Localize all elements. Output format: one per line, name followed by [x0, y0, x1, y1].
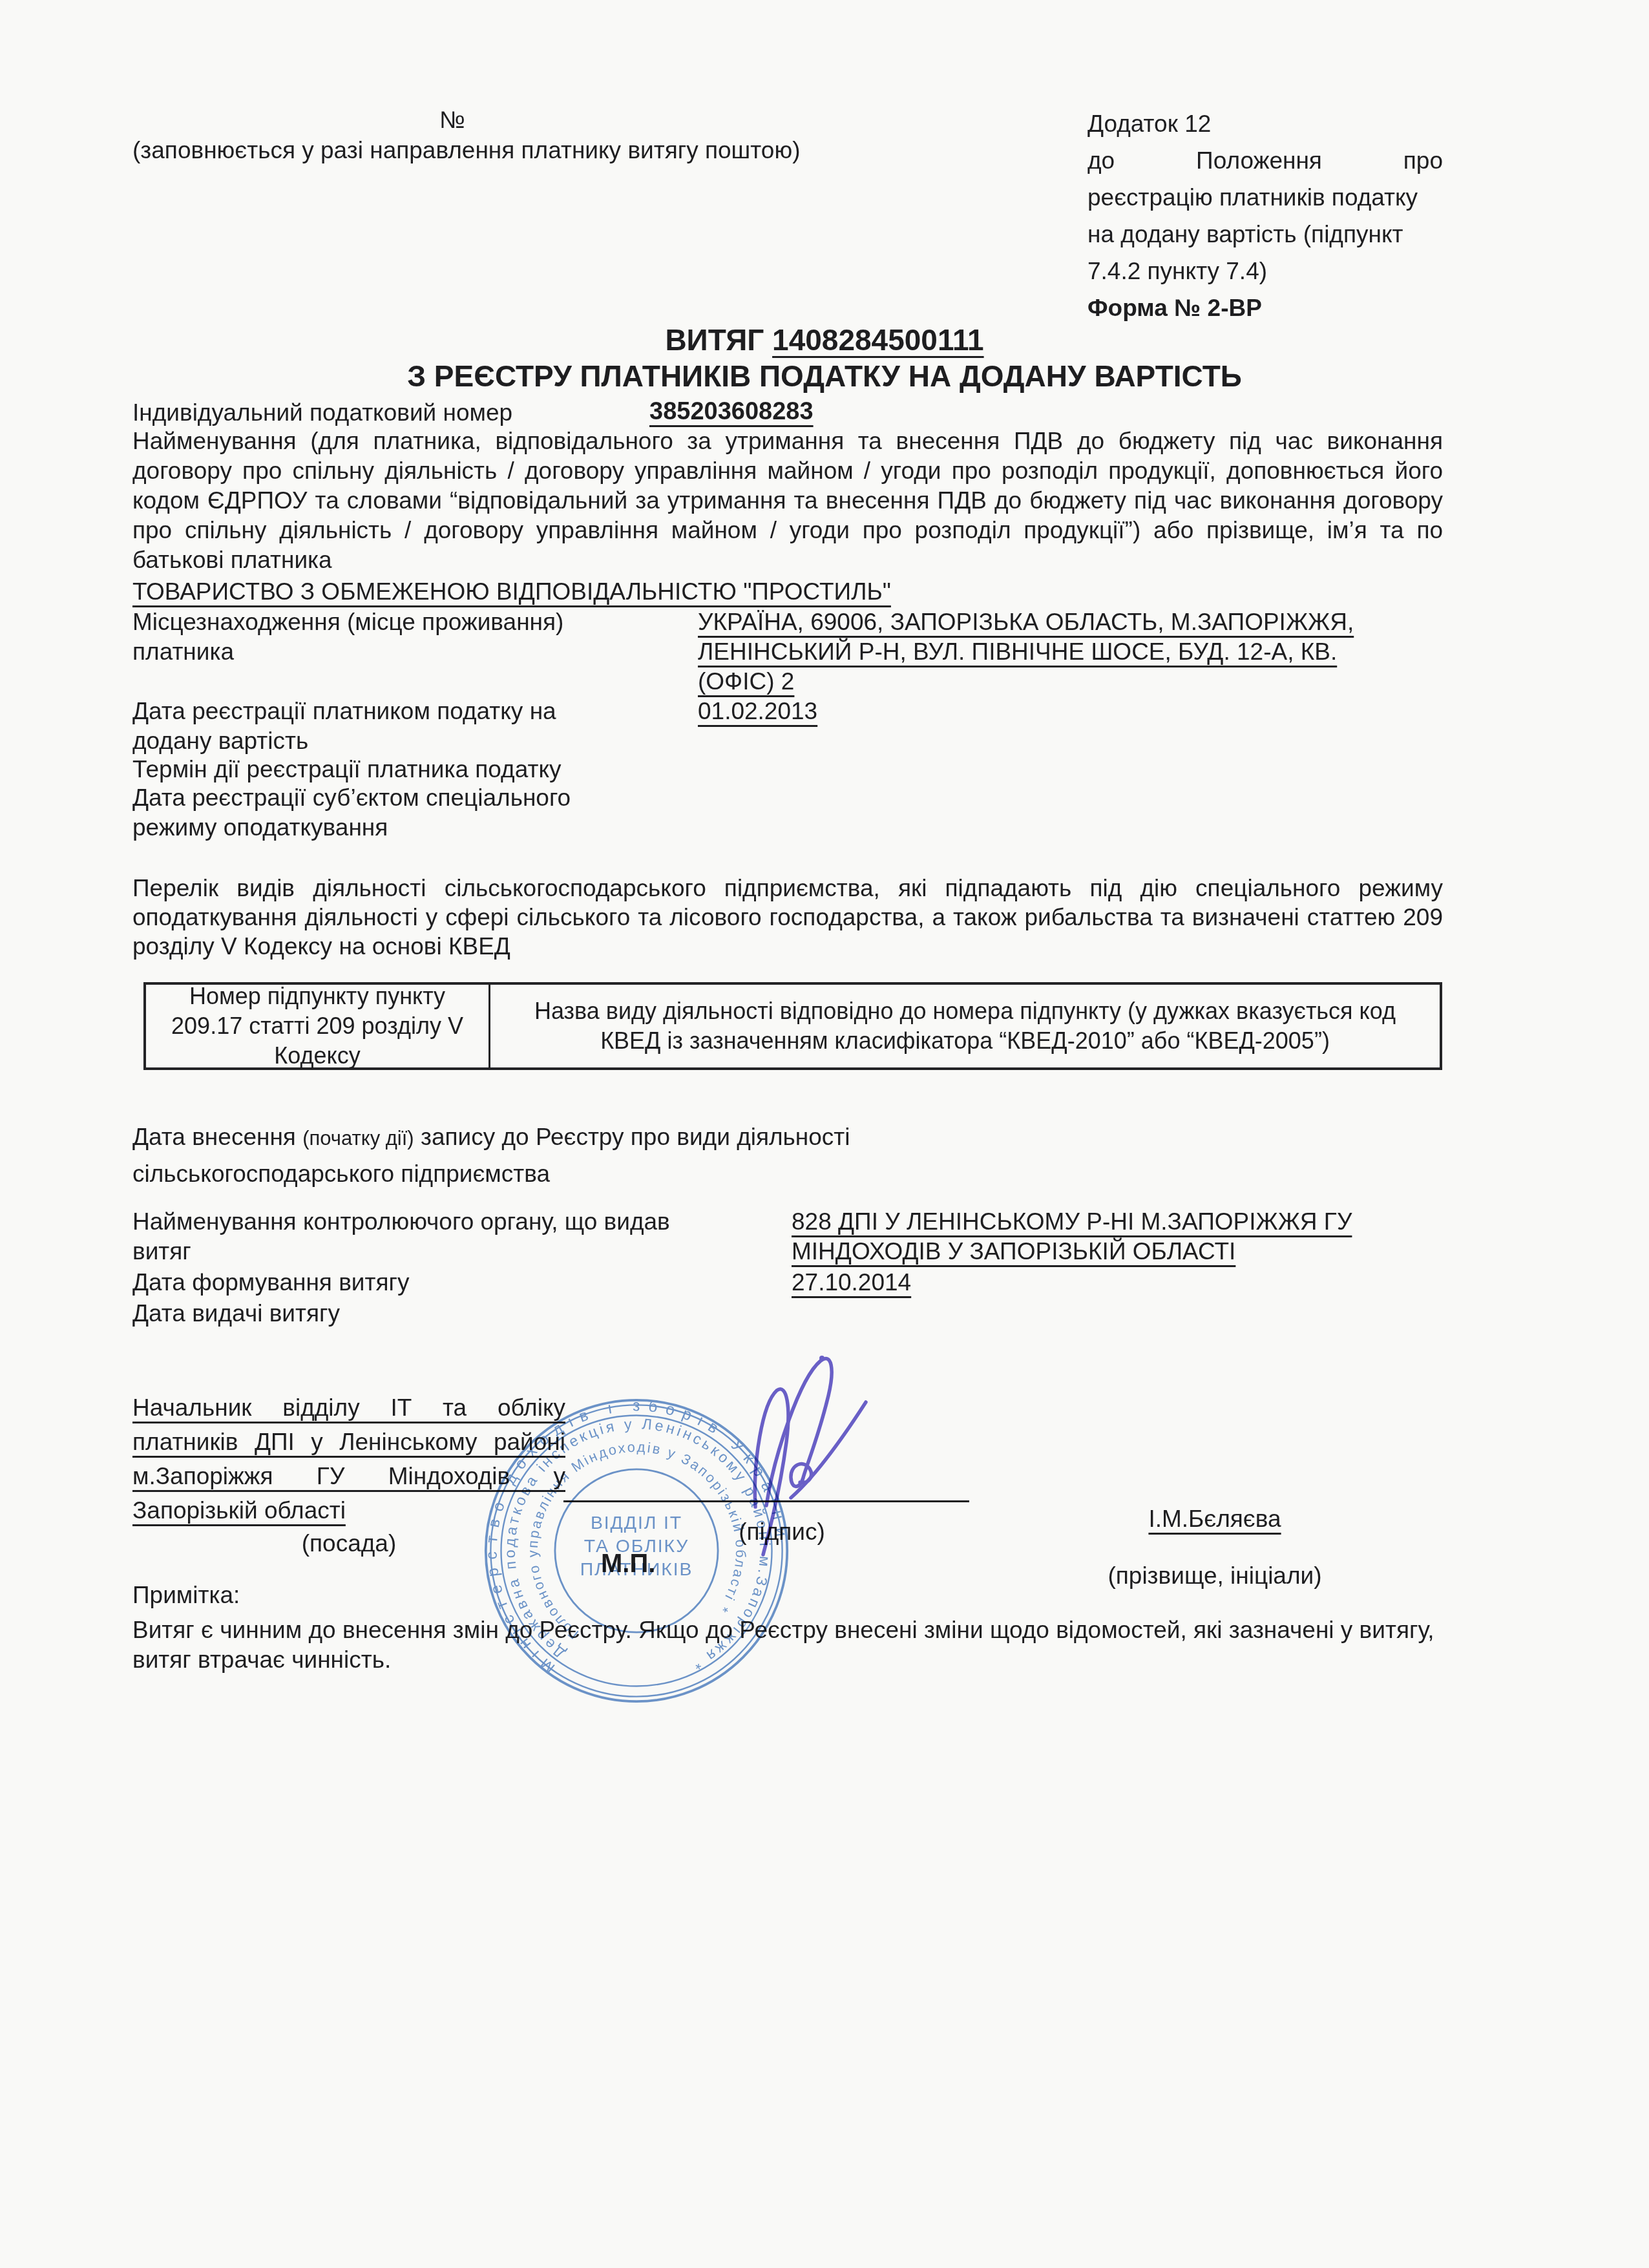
activities-paragraph: Перелік видів діяльності сільськогоспода… — [132, 874, 1443, 961]
form-number: Форма № 2-ВР — [1087, 289, 1443, 326]
annex-line-1: Додаток 12 — [1087, 105, 1443, 142]
field-label-formed-date: Дата формування витягу — [132, 1268, 409, 1297]
field-label-line: Найменування контролюючого органу, що ви… — [132, 1207, 785, 1237]
field-label-line: витяг — [132, 1237, 785, 1266]
field-label-issued-date: Дата видачі витягу — [132, 1299, 340, 1328]
field-value-line: 828 ДПІ У ЛЕНІНСЬКОМУ Р-НІ М.ЗАПОРІЖЖЯ Г… — [792, 1207, 1444, 1237]
table-col2-header: Назва виду діяльності відповідно до номе… — [490, 985, 1440, 1067]
field-label-location: Місцезнаходження (місце проживання) плат… — [132, 607, 656, 667]
tax-id-label: Індивідуальний податковий номер — [132, 398, 512, 428]
entry-date-paragraph: Дата внесення (початку дії) запису до Ре… — [132, 1119, 998, 1192]
tax-id-value: 385203608283 — [649, 397, 814, 426]
field-label-issuer: Найменування контролюючого органу, що ви… — [132, 1207, 785, 1266]
field-value-formed-date: 27.10.2014 — [792, 1268, 911, 1297]
field-value-location: УКРАЇНА, 69006, ЗАПОРІЗЬКА ОБЛАСТЬ, М.ЗА… — [698, 607, 1454, 697]
postal-note: (заповнюється у разі направлення платник… — [132, 136, 817, 165]
annex-line-5: 7.4.2 пункту 7.4) — [1087, 253, 1443, 289]
postal-number-label: № — [132, 105, 772, 135]
annex-block: Додаток 12 до Положення про реєстрацію п… — [1087, 105, 1443, 326]
annex-line-3: реєстрацію платників податку — [1087, 179, 1443, 216]
field-value-line: (ОФІС) 2 — [698, 667, 1454, 697]
signature-ink — [711, 1305, 1047, 1577]
field-label-line: режиму оподаткування — [132, 813, 656, 843]
field-label-line: Дата реєстрації платником податку на — [132, 697, 656, 726]
company-name: ТОВАРИСТВО З ОБМЕЖЕНОЮ ВІДПОВІДАЛЬНІСТЮ … — [132, 577, 1443, 607]
entry-date-small: (початку дії) — [302, 1127, 414, 1150]
document-title-line1: ВИТЯГ 1408284500111 — [0, 322, 1649, 358]
title-word: ВИТЯГ — [665, 323, 764, 357]
field-label-vat-date: Дата реєстрації платником податку на дод… — [132, 697, 656, 756]
document-title-line2: З РЕЄСТРУ ПЛАТНИКІВ ПОДАТКУ НА ДОДАНУ ВА… — [0, 358, 1649, 394]
table-col1-header: Номер підпункту пункту 209.17 статті 209… — [146, 985, 490, 1067]
stamp-center-line: ПЛАТНИКІВ — [580, 1559, 693, 1580]
stamp-center-line: ВІДДІЛ ІТ — [591, 1513, 682, 1533]
document-page: № (заповнюється у разі направлення платн… — [0, 0, 1649, 2268]
field-value-issuer: 828 ДПІ У ЛЕНІНСЬКОМУ Р-НІ М.ЗАПОРІЖЖЯ Г… — [792, 1207, 1444, 1266]
field-value-vat-date: 01.02.2013 — [698, 697, 817, 726]
field-label-line: платника — [132, 637, 656, 667]
note-label: Примітка: — [132, 1580, 240, 1610]
extract-number: 1408284500111 — [772, 323, 984, 357]
field-label-line: Дата реєстрації суб’єктом спеціального — [132, 783, 656, 813]
stamp-center-line: ТА ОБЛІКУ — [584, 1536, 689, 1557]
field-label-line: додану вартість — [132, 726, 656, 756]
activities-table: Номер підпункту пункту 209.17 статті 209… — [143, 982, 1442, 1070]
field-value-line: МІНДОХОДІВ У ЗАПОРІЗЬКІЙ ОБЛАСТІ — [792, 1237, 1444, 1266]
annex-line-4: на додану вартість (підпункт — [1087, 216, 1443, 253]
naming-paragraph: Найменування (для платника, відповідальн… — [132, 426, 1443, 575]
name-caption: (прізвище, ініціали) — [1092, 1561, 1338, 1591]
field-value-line: УКРАЇНА, 69006, ЗАПОРІЗЬКА ОБЛАСТЬ, М.ЗА… — [698, 607, 1454, 637]
entry-date-prefix: Дата внесення — [132, 1124, 302, 1150]
field-label-line: Місцезнаходження (місце проживання) — [132, 607, 656, 637]
annex-line-2: до Положення про — [1087, 142, 1443, 179]
field-label-special-regime: Дата реєстрації суб’єктом спеціального р… — [132, 783, 656, 843]
field-label-validity: Термін дії реєстрації платника податку — [132, 755, 656, 784]
signatory-name: І.М.Бєляєва — [1118, 1504, 1312, 1534]
field-value-line: ЛЕНІНСЬКИЙ Р-Н, ВУЛ. ПІВНІЧНЕ ШОСЕ, БУД.… — [698, 637, 1454, 667]
